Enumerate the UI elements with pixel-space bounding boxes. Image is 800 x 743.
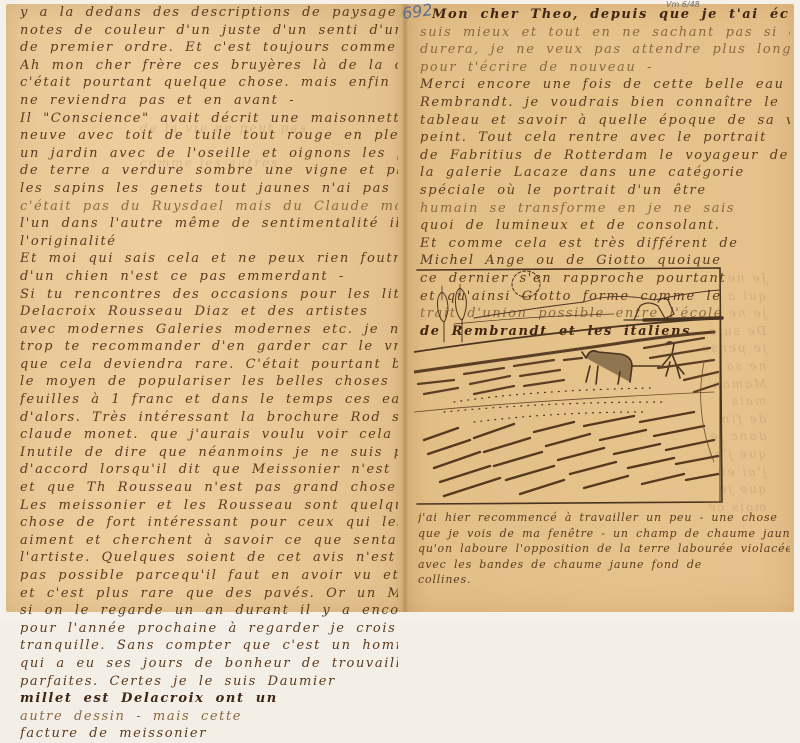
text-line: d'accord lorsqu'il dit que Meissonier n'… xyxy=(20,461,398,479)
text-line: c'était pourtant quelque chose. mais enf… xyxy=(20,74,398,92)
left-page-text: y a la dedans des descriptions de paysag… xyxy=(20,4,398,620)
text-line: de terre a verdure sombre une vigne et p… xyxy=(20,162,398,180)
text-line: avec modernes Galeries modernes etc. je … xyxy=(20,321,398,339)
text-line: et que Th Rousseau n'est pas grand chose xyxy=(20,479,398,497)
poplar-trees xyxy=(438,284,467,342)
text-line: Delacroix Rousseau Diaz et des artistes xyxy=(20,303,398,321)
caption-line: collines. xyxy=(418,572,790,588)
ploughman xyxy=(632,342,684,378)
text-line: durera, je ne veux pas attendre plus lon… xyxy=(420,41,790,59)
text-line: d'alors. Très intéressant la brochure Ro… xyxy=(20,409,398,427)
ploughman-sketch xyxy=(414,262,732,510)
caption-line: qu'on laboure l'opposition de la terre l… xyxy=(418,541,790,557)
text-line: Ah mon cher frère ces bruyères là de la … xyxy=(20,57,398,75)
text-line: un jardin avec de l'oseille et oignons l… xyxy=(20,145,398,163)
text-line: aiment et cherchent à savoir ce que sent… xyxy=(20,532,398,550)
text-line: si on le regarde un an durant il y a enc… xyxy=(20,602,398,620)
furrows-lower xyxy=(424,412,718,496)
text-line: Et comme cela est très différent de xyxy=(420,235,790,253)
page-fold xyxy=(402,4,408,612)
text-line: chose de fort intéressant pour ceux qui … xyxy=(20,514,398,532)
text-line: humain se transforme en je ne sais xyxy=(420,200,790,218)
text-line: neuve avec toit de tuile tout rouge en p… xyxy=(20,127,398,145)
sketch-caption: j'ai hier recommencé à travailler un peu… xyxy=(418,510,790,588)
caption-line: que je vois de ma fenêtre - un champ de … xyxy=(418,526,790,542)
text-line: pas possible parcequ'il faut en avoir vu… xyxy=(20,567,398,585)
horse xyxy=(582,351,632,384)
text-line: suis mieux et tout en ne sachant pas si … xyxy=(420,24,790,42)
caption-line: j'ai hier recommencé à travailler un peu… xyxy=(418,510,790,526)
text-line: l'un dans l'autre même de sentimentalité… xyxy=(20,215,398,233)
text-line: d'un chien n'est ce pas emmerdant - xyxy=(20,268,398,286)
text-line: de Fabritius de Rotterdam le voyageur de xyxy=(420,147,790,165)
text-line: Les meissonier et les Rousseau sont quel… xyxy=(20,497,398,515)
text-line: Si tu rencontres des occasions pour les … xyxy=(20,286,398,304)
text-line: quoi de lumineux et de consolant. xyxy=(420,217,790,235)
text-line: l'artiste. Quelques soient de cet avis n… xyxy=(20,549,398,567)
text-line: claude monet. que j'aurais voulu voir ce… xyxy=(20,426,398,444)
text-line: y a la dedans des descriptions de paysag… xyxy=(20,4,398,22)
text-line: les sapins les genets tout jaunes n'ai p… xyxy=(20,180,398,198)
salutation-line: Mon cher Theo, depuis que je t'ai écrit … xyxy=(420,6,790,24)
text-line: l'originalité xyxy=(20,233,398,251)
text-line: que cela deviendra rare. C'était pourtan… xyxy=(20,356,398,374)
text-line: notes de couleur d'un juste d'un senti d… xyxy=(20,22,398,40)
text-line: et c'est plus rare que des pavés. Or un … xyxy=(20,585,398,603)
text-line: Et moi qui sais cela et ne peux rien fou… xyxy=(20,250,398,268)
text-line: Il "Conscience" avait décrit une maisonn… xyxy=(20,110,398,128)
text-line: feuilles à 1 franc et dans le temps ces … xyxy=(20,391,398,409)
text-line: Merci encore une fois de cette belle eau… xyxy=(420,76,790,94)
text-line: Rembrandt. je voudrais bien connaître le xyxy=(420,94,790,112)
text-line: trop te recommander d'en garder car le v… xyxy=(20,338,398,356)
text-line: pour t'écrire de nouveau - xyxy=(420,59,790,77)
letter-spread: de la vie ne peut pas comme les autres J… xyxy=(0,0,800,620)
text-line: peint. Tout cela rentre avec le portrait xyxy=(420,129,790,147)
text-line: spéciale où le portrait d'un être xyxy=(420,182,790,200)
sun-icon xyxy=(512,271,540,297)
text-line: le moyen de populariser les belles chose… xyxy=(20,373,398,391)
text-line: ne reviendra pas et en avant - xyxy=(20,92,398,110)
text-line: Inutile de dire que néanmoins je ne suis… xyxy=(20,444,398,462)
text-line: tableau et savoir à quelle époque de sa … xyxy=(420,112,790,130)
text-line: c'était pas du Ruysdael mais du Claude m… xyxy=(20,198,398,216)
text-line: de premier ordre. Et c'est toujours comm… xyxy=(20,39,398,57)
farmhouse xyxy=(624,298,684,320)
caption-line: avec les bandes de chaume jaune fond de xyxy=(418,557,790,573)
text-line: la galerie Lacaze dans une catégorie xyxy=(420,164,790,182)
